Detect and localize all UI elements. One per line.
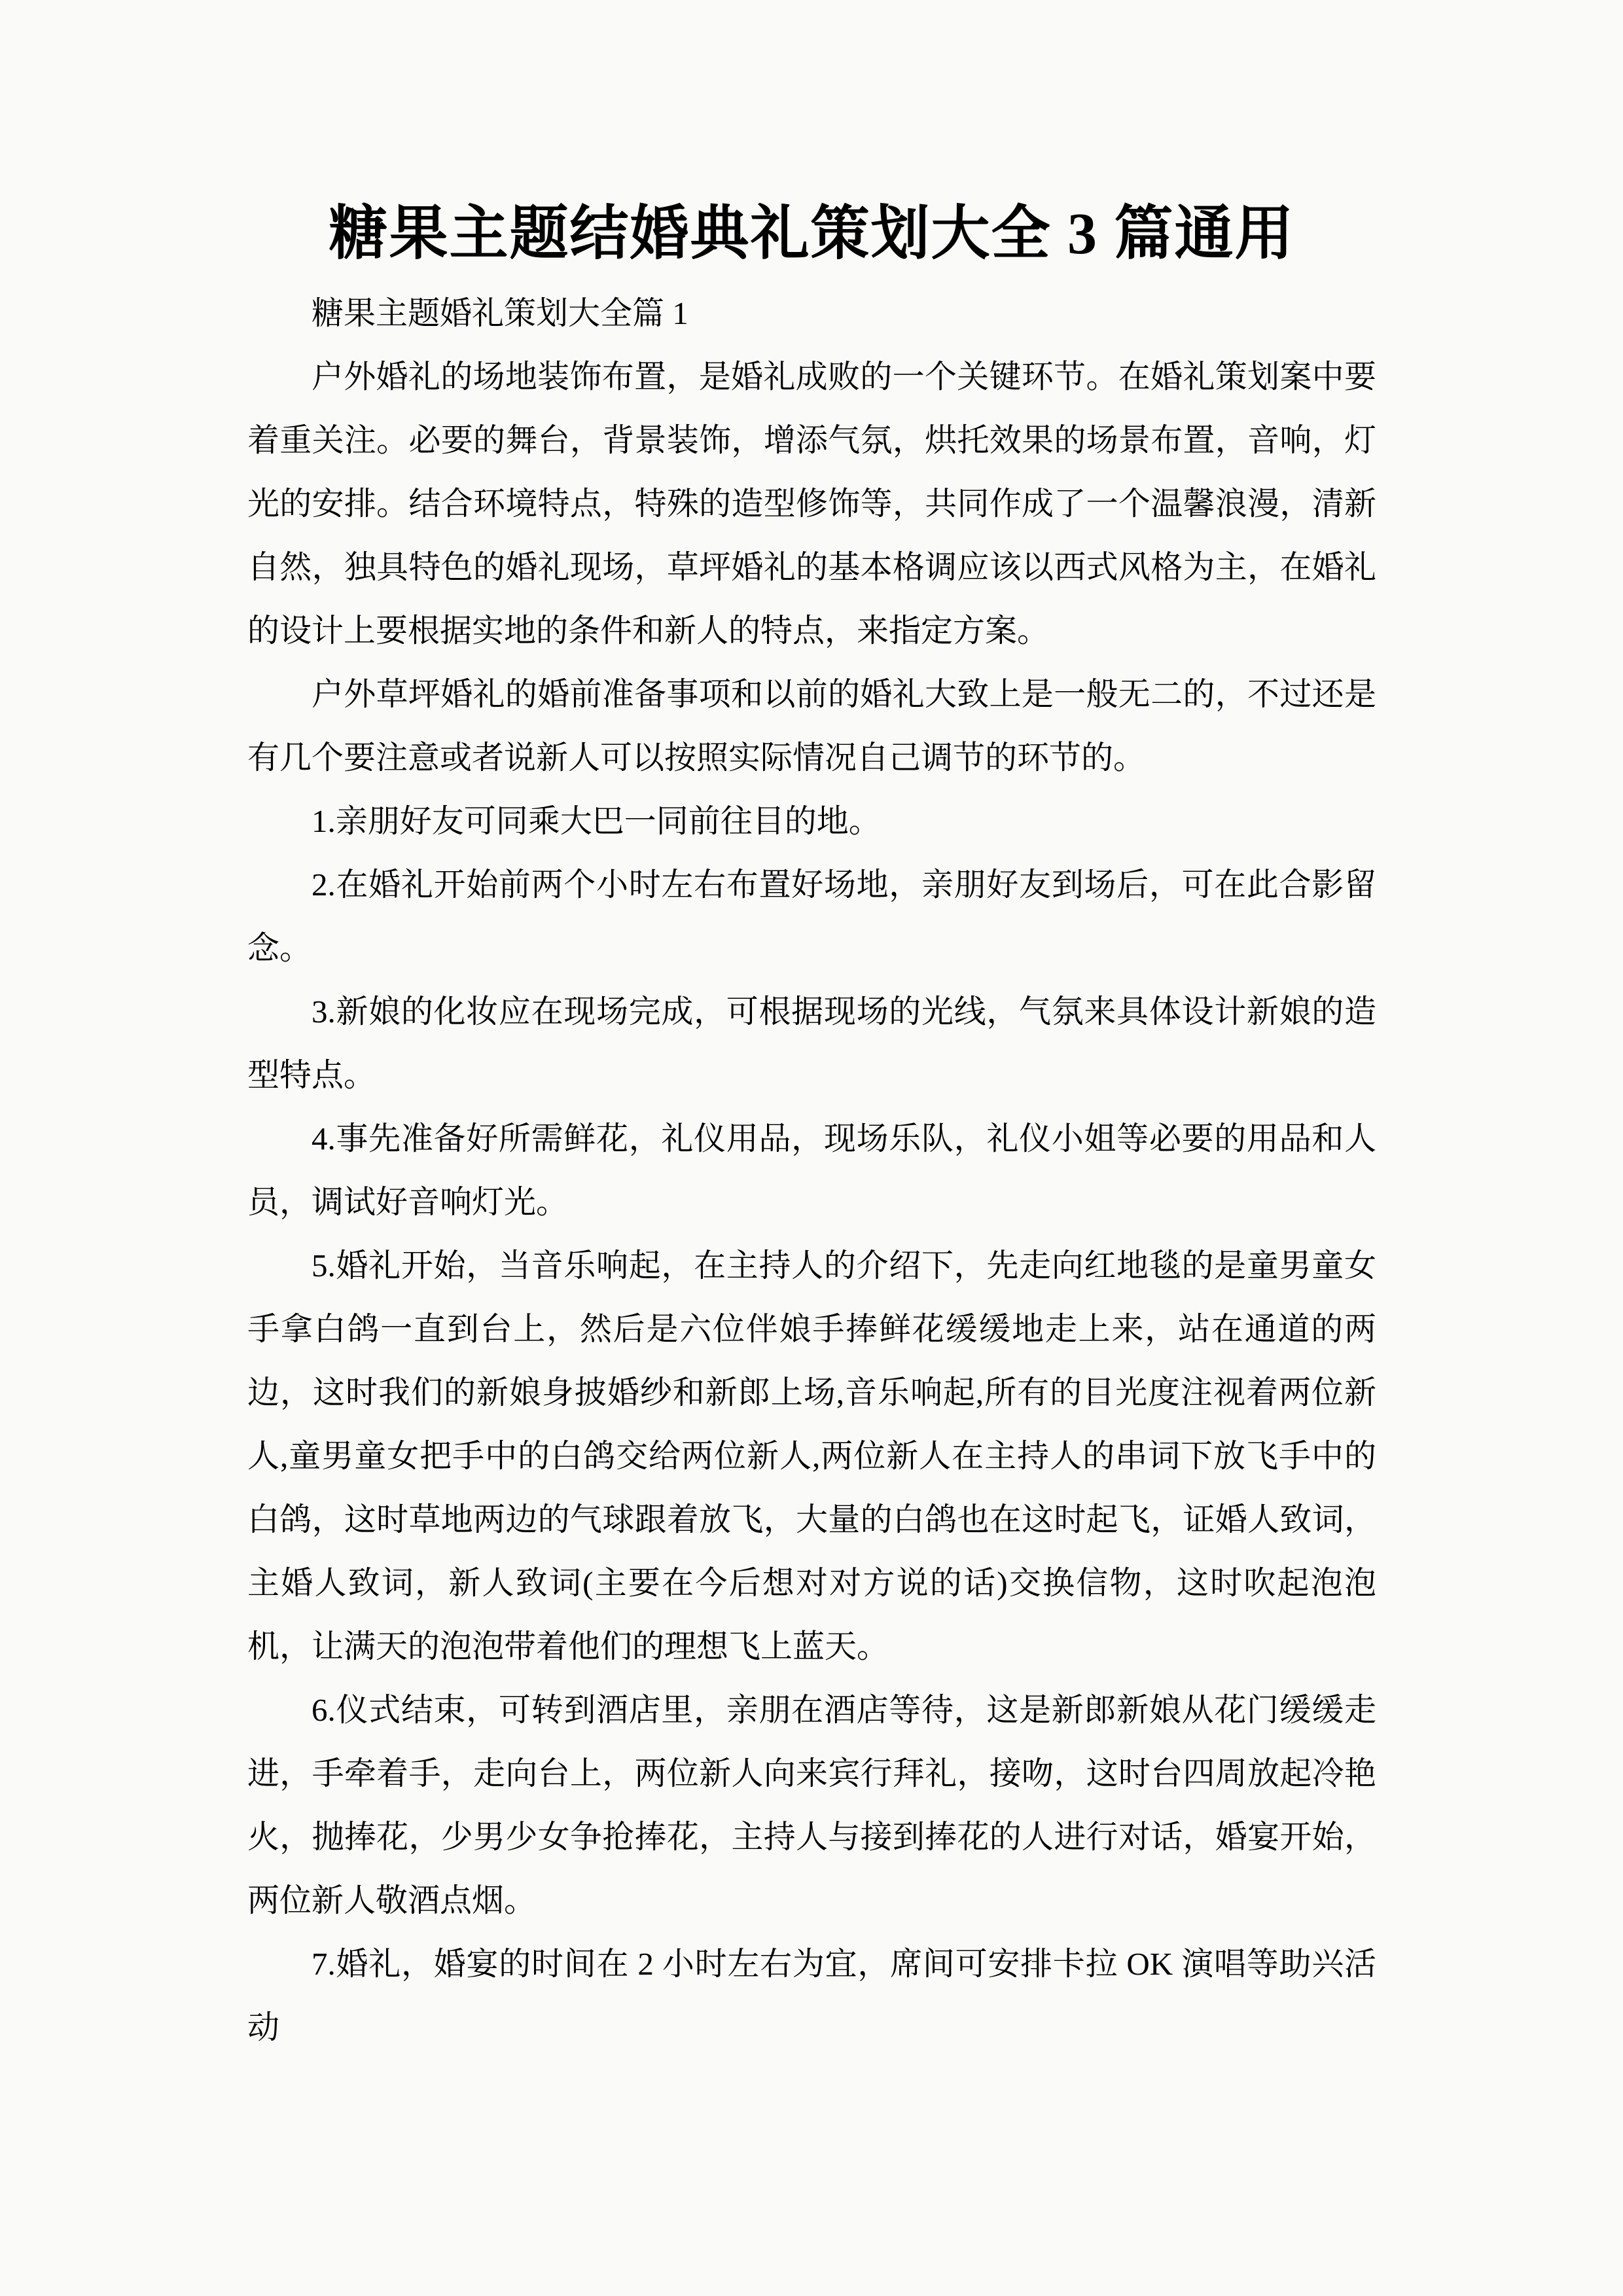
paragraph: 6.仪式结束，可转到酒店里，亲朋在酒店等待，这是新郎新娘从花门缓缓走进，手牵着手…	[247, 1678, 1376, 1932]
document-page: 糖果主题结婚典礼策划大全 3 篇通用 糖果主题婚礼策划大全篇 1 户外婚礼的场地…	[0, 0, 1623, 2296]
paragraph: 3.新娘的化妆应在现场完成，可根据现场的光线，气氛来具体设计新娘的造型特点。	[247, 980, 1376, 1107]
paragraph: 4.事先准备好所需鲜花，礼仪用品，现场乐队，礼仪小姐等必要的用品和人员，调试好音…	[247, 1107, 1376, 1234]
paragraph: 1.亲朋好友可同乘大巴一同前往目的地。	[247, 789, 1376, 853]
paragraph: 户外婚礼的场地装饰布置，是婚礼成败的一个关键环节。在婚礼策划案中要着重关注。必要…	[247, 345, 1376, 662]
section-heading: 糖果主题婚礼策划大全篇 1	[247, 281, 1376, 345]
paragraph: 5.婚礼开始，当音乐响起，在主持人的介绍下，先走向红地毯的是童男童女手拿白鸽一直…	[247, 1234, 1376, 1678]
paragraph: 2.在婚礼开始前两个小时左右布置好场地，亲朋好友到场后，可在此合影留念。	[247, 853, 1376, 980]
document-title: 糖果主题结婚典礼策划大全 3 篇通用	[247, 204, 1376, 264]
paragraph: 7.婚礼，婚宴的时间在 2 小时左右为宜，席间可安排卡拉 OK 演唱等助兴活动	[247, 1932, 1376, 2059]
paragraph: 户外草坪婚礼的婚前准备事项和以前的婚礼大致上是一般无二的，不过还是有几个要注意或…	[247, 662, 1376, 789]
text-content: 糖果主题结婚典礼策划大全 3 篇通用 糖果主题婚礼策划大全篇 1 户外婚礼的场地…	[247, 0, 1376, 2059]
